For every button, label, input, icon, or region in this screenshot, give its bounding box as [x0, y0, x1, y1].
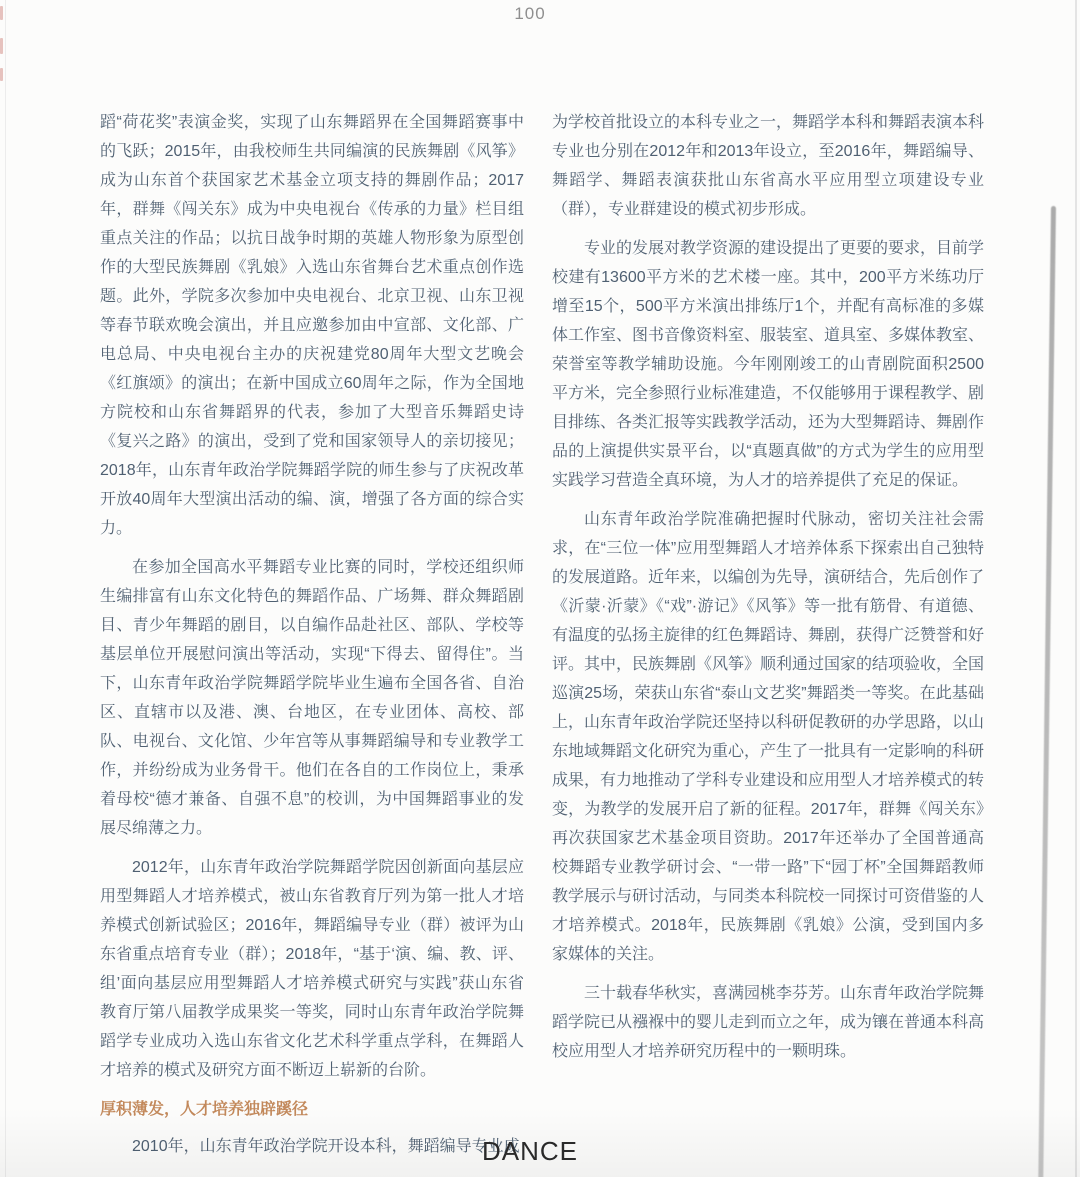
- scan-red-mark: [0, 38, 3, 54]
- article-paragraph: 专业的发展对教学资源的建设提出了更要的要求，目前学校建有13600平方米的艺术楼…: [552, 234, 984, 495]
- right-column: 为学校首批设立的本科专业之一，舞蹈学本科和舞蹈表演本科专业也分别在2012年和2…: [552, 108, 984, 1171]
- article-paragraph: 在参加全国高水平舞蹈专业比赛的同时，学校还组织师生编排富有山东文化特色的舞蹈作品…: [100, 553, 524, 843]
- left-column: 蹈“荷花奖”表演金奖，实现了山东舞蹈界在全国舞蹈赛事中的飞跃；2015年，由我校…: [100, 108, 524, 1171]
- page-right-edge-line: [1075, 0, 1077, 1177]
- scan-red-mark: [0, 6, 3, 20]
- magazine-page: 100 蹈“荷花奖”表演金奖，实现了山东舞蹈界在全国舞蹈赛事中的飞跃；2015年…: [0, 0, 1080, 1177]
- article-paragraph: 蹈“荷花奖”表演金奖，实现了山东舞蹈界在全国舞蹈赛事中的飞跃；2015年，由我校…: [100, 108, 524, 543]
- article-paragraph: 为学校首批设立的本科专业之一，舞蹈学本科和舞蹈表演本科专业也分别在2012年和2…: [552, 108, 984, 224]
- article-paragraph: 山东青年政治学院准确把握时代脉动，密切关注社会需求，在“三位一体”应用型舞蹈人才…: [552, 505, 984, 969]
- page-number: 100: [0, 4, 1060, 24]
- scan-red-mark: [0, 68, 3, 81]
- article-paragraph: 2012年，山东青年政治学院舞蹈学院因创新面向基层应用型舞蹈人才培养模式，被山东…: [100, 853, 524, 1085]
- article-body: 蹈“荷花奖”表演金奖，实现了山东舞蹈界在全国舞蹈赛事中的飞跃；2015年，由我校…: [100, 108, 984, 1171]
- page-edge-shadow-bar: [1038, 206, 1056, 1177]
- page-left-edge-line: [5, 0, 6, 1177]
- section-heading: 厚积薄发，人才培养独辟蹊径: [100, 1095, 524, 1124]
- article-paragraph: 三十载春华秋实，喜满园桃李芬芳。山东青年政治学院舞蹈学院已从襁褓中的婴儿走到而立…: [552, 979, 984, 1066]
- journal-logo: DANCE: [0, 1136, 1060, 1167]
